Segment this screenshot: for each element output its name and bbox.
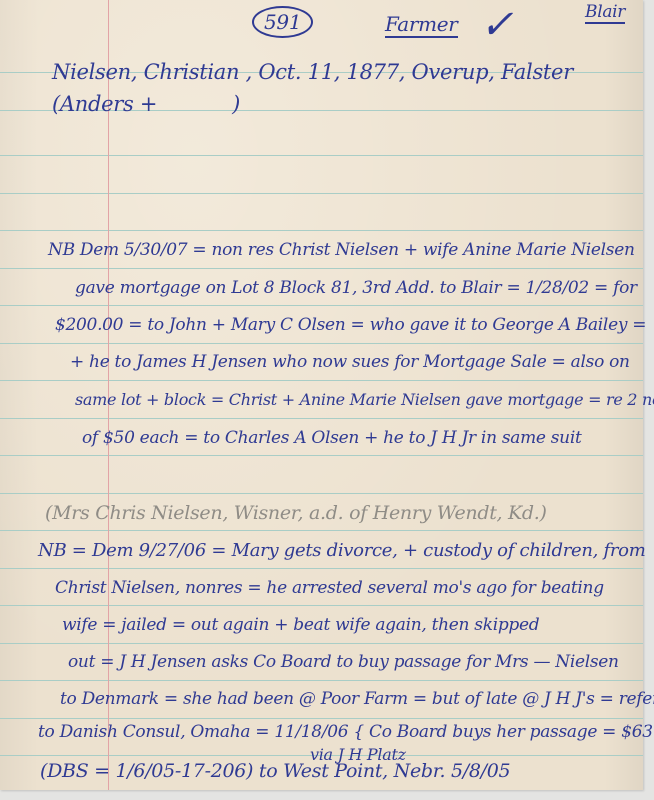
note-line: gave mortgage on Lot 8 Block 81, 3rd Add… (75, 278, 637, 298)
ruled-line (0, 380, 643, 381)
ruled-line (0, 493, 643, 494)
check-mark-icon: ✓ (480, 2, 513, 48)
location-tag-text: Blair (585, 2, 625, 24)
note-line: out = J H Jensen asks Co Board to buy pa… (68, 652, 619, 672)
note-line: NB = Dem 9/27/06 = Mary gets divorce, + … (38, 540, 645, 561)
ruled-line (0, 605, 643, 606)
note-line: same lot + block = Christ + Anine Marie … (75, 390, 654, 409)
ruled-line (0, 680, 643, 681)
ruled-line (0, 418, 643, 419)
ruled-line (0, 230, 643, 231)
ruled-line (0, 268, 643, 269)
subject-name-birth: Nielsen, Christian , Oct. 11, 1877, Over… (52, 60, 573, 84)
ruled-paper-page: 591 Farmer ✓ Blair Nielsen, Christian , … (0, 0, 643, 790)
ruled-line (0, 155, 643, 156)
note-line: to Denmark = she had been @ Poor Farm = … (60, 689, 654, 709)
occupation-text: Farmer (385, 12, 458, 38)
ruled-line (0, 530, 643, 531)
subject-parent: (Anders +) (52, 92, 240, 116)
note-line: NB Dem 5/30/07 = non res Christ Nielsen … (48, 240, 635, 260)
pencil-note: (Mrs Chris Nielsen, Wisner, a.d. of Henr… (45, 502, 547, 524)
ruled-line (0, 343, 643, 344)
note-line: (DBS = 1/6/05-17-206) to West Point, Neb… (40, 760, 510, 782)
location-tag: Blair (585, 2, 625, 22)
note-line: + he to James H Jensen who now sues for … (70, 352, 630, 372)
ruled-line (0, 305, 643, 306)
note-line: of $50 each = to Charles A Olsen + he to… (82, 428, 582, 448)
ruled-line (0, 193, 643, 194)
record-number-circle: 591 (252, 6, 313, 38)
ruled-line (0, 568, 643, 569)
ruled-line (0, 643, 643, 644)
note-line: $200.00 = to John + Mary C Olsen = who g… (55, 315, 646, 335)
record-number: 591 (252, 10, 313, 34)
occupation: Farmer (385, 12, 458, 36)
subject-parent-close: ) (232, 92, 240, 116)
note-line: wife = jailed = out again + beat wife ag… (62, 615, 539, 635)
note-line: Christ Nielsen, nonres = he arrested sev… (55, 578, 604, 598)
ruled-line (0, 718, 643, 719)
ruled-line (0, 455, 643, 456)
subject-parent-open: (Anders + (52, 92, 157, 116)
note-line: to Danish Consul, Omaha = 11/18/06 { Co … (38, 722, 654, 742)
